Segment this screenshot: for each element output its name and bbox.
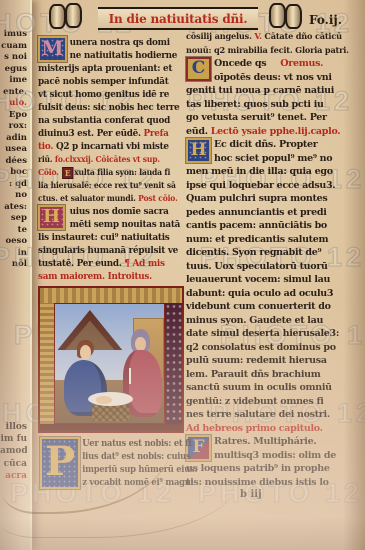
feast-title: In die natiuitatis dñi. (109, 12, 248, 26)
text-line: tuus. Uox speculatorū tuorū (186, 260, 362, 274)
joseph-figure (123, 329, 162, 417)
scroll-roll-icon (49, 4, 66, 29)
body-text: oeso (5, 236, 27, 246)
body-text: pulū suum: redemit hierusa (186, 355, 327, 366)
body-text: dicentis. Syon regnabit de⁹ (186, 247, 321, 258)
body-text: dabunt: quia oculo ad oculu3 (186, 288, 333, 299)
rubric-text: sam maiorem. Introitus. (38, 271, 152, 282)
text-line: gentiū: z videbunt omnes fi (186, 395, 362, 409)
body-text: z vocabit nomē ei⁹ magni (82, 477, 193, 488)
body-text: lia hierusalē: ecce rex tu⁹ venit sā (38, 180, 176, 190)
text-line: unera nostra qs domi (38, 36, 174, 49)
text-line: ates: (0, 202, 27, 214)
text-line: pacē nobis semper infundāt (38, 75, 174, 88)
body-text: riū. (38, 154, 55, 164)
text-line: ente. (0, 87, 27, 99)
text-line: Quam pulchri supra montes (186, 192, 362, 206)
manger (92, 404, 129, 421)
body-text: cuam (1, 41, 27, 51)
body-text: rox: (9, 121, 27, 131)
text-line: tas liberet: quos sub pcti iu (186, 98, 362, 112)
body-text: multisq3 modis: olim de (214, 450, 336, 461)
body-text: : qd (9, 179, 27, 189)
body-text: adin (6, 133, 27, 143)
text-line: hoc sciet popul⁹ me⁹ no (186, 152, 362, 166)
body-text: cōsilij angelus. (186, 31, 254, 41)
text-line: cūca (0, 458, 27, 470)
text-line: oeso (0, 236, 27, 248)
miniature-frame-top (40, 288, 182, 303)
body-text: vt sicut homo genitus idē re (38, 89, 169, 100)
banner-scroll-end-left (47, 3, 99, 30)
body-text: Ec dicit dñs. Propter (214, 139, 317, 150)
body-text: mēti semp nouitas natā (70, 219, 180, 230)
text-line: cantis pacem: annūciātis bo (186, 219, 362, 233)
text-line: s noi (0, 52, 27, 64)
body-text: ipse qui loquebar ecce adsu3. (186, 180, 335, 191)
text-line: imperiū sup hūmerū eius: (40, 463, 181, 476)
text-line: rox: (0, 121, 27, 133)
body-text: boc (10, 167, 27, 177)
text-line: dées (0, 156, 27, 168)
text-line: minus syon. Gaudete et lau (186, 314, 362, 328)
header-banner: In die natiuitatis dñi. (98, 7, 258, 30)
text-line: sam maiorem. Introitus. (38, 270, 174, 283)
body-text: te (18, 225, 27, 235)
text-line: diuinu3 est. Per eūdē. Prefa (38, 127, 174, 140)
body-text: q2 consolatus est dominus po (186, 342, 336, 353)
text-line: Ad hebreos primo capitulo. (186, 422, 362, 436)
miniature-scene (54, 303, 165, 424)
text-line: z vocabit nomē ei⁹ magni (40, 476, 181, 489)
text-line: misterijs apta proueniant: et (38, 62, 174, 75)
body-text: Ratres. Multiphárie. (214, 436, 316, 447)
body-text: imperiū sup hūmerū eius: (82, 464, 197, 475)
body-text: nōl (12, 259, 27, 269)
folio-number: Fo.ij. (309, 13, 342, 27)
text-line: leuauerunt vocem: simul lau (186, 273, 362, 287)
rubric-text: Cōio. (38, 167, 61, 177)
rubric-text: ulo. (9, 98, 27, 108)
body-text: xulta filia syon: lauda fi (74, 167, 170, 177)
text-line: oīpotēs deus: vt nos vni (186, 71, 362, 85)
rubric-text: Prefa (144, 128, 169, 139)
text-line: mēti semp nouitas natā (38, 218, 174, 231)
text-line: men meū in die illa: quia ego (186, 165, 362, 179)
text-line: vt sicut homo genitus idē re (38, 88, 174, 101)
text-line: Oncede qsOremus. (186, 57, 362, 71)
body-text: uius nos domīe sacra (70, 206, 169, 217)
rubric-text: acra (5, 471, 27, 481)
body-text: s noi (4, 52, 27, 62)
text-line: sanctū suum in oculis omniū (186, 381, 362, 395)
text-line: go vetusta seruit⁹ tenet. Per (186, 111, 362, 125)
body-text: tustatē. Per eund. (38, 258, 124, 269)
body-text: ente. (3, 87, 27, 97)
body-text: no (15, 190, 27, 200)
body-text: tis: nouissime diebus istis lo (186, 477, 329, 488)
text-line: Ec dicit dñs. Propter (186, 138, 362, 152)
body-text: in (18, 248, 27, 258)
body-text: us loquens patrib⁹ in prophe (186, 463, 330, 474)
body-text: ime (9, 75, 27, 85)
body-text: nouū: q2 mirabilia fecit. Gloria patri. (186, 45, 349, 55)
text-line: in (0, 248, 27, 260)
text-line: riū. fo.clxxxij. Cōicātes vt sup. (38, 153, 174, 166)
miniature-frame-right (165, 303, 182, 424)
text-line: lius dat⁹ est nobis: cuius (40, 450, 181, 463)
text-line: cuam (0, 41, 27, 53)
text-column-right: cōsilij angelus. V. Cātate dño cāticūnou… (186, 30, 362, 489)
text-line: usea (0, 144, 27, 156)
body-text: lem. Parauit dñs brachium (186, 369, 321, 380)
text-line: tio. Q2 p incarnati vbi miste (38, 140, 174, 153)
manuscript-photo: imuscuams noiegusimeente.ulo.Eporox:adin… (0, 0, 365, 550)
nativity-miniature (38, 286, 184, 433)
rubric-text: Ad hebreos primo capitulo. (186, 423, 323, 434)
text-line: ne natiuitatis hodierne (38, 49, 174, 62)
candle-icon (129, 368, 131, 384)
text-line: cōsilij angelus. V. Cātate dño cāticū (186, 30, 362, 44)
text-line: lem. Parauit dñs brachium (186, 368, 362, 382)
body-text: tas liberet: quos sub pcti iu (186, 99, 324, 110)
body-text: dées (5, 156, 27, 166)
rubric-text: tio. (38, 141, 56, 152)
body-text: sanctū suum in oculis omniū (186, 382, 332, 393)
body-text: ates: (4, 202, 27, 212)
body-text: Oncede qs (214, 58, 266, 69)
text-line: ulo. (0, 98, 27, 110)
body-text: ne natiuitatis hodierne (70, 50, 178, 61)
body-text: fulsit deus: sic nobis hec terre (38, 102, 180, 113)
small-initial-e: E (62, 167, 73, 179)
rubric-text: fo.clxxxij. Cōicātes vt sup. (55, 154, 160, 164)
body-text: im fu (1, 434, 28, 444)
text-line: nes terre salutare dei nostri. (186, 408, 362, 422)
body-text: eūd. (186, 126, 211, 137)
body-text: amod (0, 446, 27, 456)
body-text: na substantia conferat quod (38, 115, 170, 126)
body-text: Quam pulchri supra montes (186, 193, 327, 204)
rubric-text: Oremus. (280, 58, 323, 69)
text-line: adin (0, 133, 27, 145)
text-line: pulū suum: redemit hierusa (186, 354, 362, 368)
text-line: sep (0, 213, 27, 225)
mary-face (80, 345, 91, 360)
rubric-text: Lectō ysaie pphe.lij.caplo. (211, 126, 341, 137)
quire-signature: b iij (240, 489, 262, 500)
text-line: Ratres. Multiphárie. (186, 435, 362, 449)
text-line: date simul deserta hierusale3: (186, 327, 362, 341)
text-line: Uer natus est nobis: et fi (40, 437, 181, 450)
body-text: num: et predicantis salutem (186, 234, 328, 245)
body-text: diuinu3 est. Per eūdē. (38, 128, 144, 139)
body-text: unera nostra qs domi (70, 37, 170, 48)
scroll-roll-icon (285, 4, 302, 29)
text-line: boc (0, 167, 27, 179)
text-line: fulsit deus: sic nobis hec terre (38, 101, 174, 114)
scroll-roll-icon (269, 3, 286, 28)
text-line: im fu (0, 433, 27, 445)
text-line: ctus. et saluator mundi. Post cōio. (38, 192, 174, 205)
text-line: multisq3 modis: olim de (186, 449, 362, 463)
body-text: Epo (9, 110, 27, 120)
body-text: lis instauret: cui⁹ natiuitatis (38, 232, 169, 243)
joseph-face (135, 337, 146, 351)
body-text: geniti tui noua p carnē natiui (186, 85, 334, 96)
text-line: geniti tui noua p carnē natiui (186, 84, 362, 98)
miniature-frame-left (40, 303, 54, 424)
body-text: misterijs apta proueniant: et (38, 63, 172, 74)
body-text: illos (6, 422, 27, 432)
scroll-roll-icon (65, 3, 82, 28)
body-text: minus syon. Gaudete et lau (186, 315, 323, 326)
body-text: gentiū: z videbunt omnes fi (186, 396, 324, 407)
body-text: pacē nobis semper infundāt (38, 76, 169, 87)
text-line: amod (0, 445, 27, 457)
body-text: oīpotēs deus: vt nos vni (214, 72, 332, 83)
body-text: cantis pacem: annūciātis bo (186, 220, 327, 231)
text-line: dicentis. Syon regnabit de⁹ (186, 246, 362, 260)
prev-page-text-fragments-bottom: illosim fuamodcūcaacra (0, 421, 27, 482)
text-column-left-bottom: Uer natus est nobis: et filius dat⁹ est … (40, 437, 181, 489)
text-line: te (0, 225, 27, 237)
text-line: q2 consolatus est dominus po (186, 341, 362, 355)
text-line: lia hierusalē: ecce rex tu⁹ venit sā (38, 179, 174, 192)
body-text: cūca (4, 459, 27, 469)
body-text: Uer natus est nobis: et fi (82, 438, 191, 449)
prev-page-text-fragments-top: imuscuams noiegusimeente.ulo.Eporox:adin… (0, 29, 27, 271)
text-line: na substantia conferat quod (38, 114, 174, 127)
body-text: nes terre salutare dei nostri. (186, 409, 330, 420)
text-line: singularis humanā répulsit ve (38, 244, 174, 257)
body-text: usea (5, 144, 27, 154)
text-line: videbunt cum conuerterit do (186, 300, 362, 314)
text-line: lis instauret: cui⁹ natiuitatis (38, 231, 174, 244)
rubric-text: ¶ Ad mis (124, 258, 164, 269)
text-column-left: unera nostra qs domine natiuitatis hodie… (38, 36, 174, 283)
body-text: Cātate dño cāticū (264, 31, 341, 41)
body-text: lius dat⁹ est nobis: cuius (82, 451, 190, 462)
text-line: nouū: q2 mirabilia fecit. Gloria patri. (186, 44, 362, 58)
text-line: ime (0, 75, 27, 87)
text-line: imus (0, 29, 27, 41)
text-line: tustatē. Per eund. ¶ Ad mis (38, 257, 174, 270)
text-line: num: et predicantis salutem (186, 233, 362, 247)
body-text: men meū in die illa: quia ego (186, 166, 333, 177)
body-text: date simul deserta hierusale3: (186, 328, 339, 339)
text-line: : qd (0, 179, 27, 191)
body-text: videbunt cum conuerterit do (186, 301, 331, 312)
christ-child (96, 396, 111, 404)
text-line: eūd. Lectō ysaie pphe.lij.caplo. (186, 125, 362, 139)
text-line: acra (0, 470, 27, 482)
body-text: hoc sciet popul⁹ me⁹ no (214, 153, 332, 164)
body-text: singularis humanā répulsit ve (38, 245, 178, 256)
body-text: pedes annunciantis et predi (186, 207, 327, 218)
text-line: nōl (0, 259, 27, 271)
body-text: sep (11, 213, 27, 223)
rubric-text: V. (254, 31, 264, 41)
miniature-frame-bottom (40, 424, 182, 431)
text-line: uius nos domīe sacra (38, 205, 174, 218)
text-line: egus (0, 64, 27, 76)
text-line: illos (0, 421, 27, 433)
body-text: ctus. et saluator mundi. (38, 193, 138, 203)
banner-scroll-end-right (255, 3, 307, 30)
text-line: pedes annunciantis et predi (186, 206, 362, 220)
text-line: us loquens patrib⁹ in prophe (186, 462, 362, 476)
text-line: Epo (0, 110, 27, 122)
prev-page-edge: imuscuams noiegusimeente.ulo.Eporox:adin… (0, 0, 32, 550)
rubric-text: Post cōio. (138, 193, 177, 203)
body-text: leuauerunt vocem: simul lau (186, 274, 330, 285)
text-line: no (0, 190, 27, 202)
body-text: egus (5, 64, 27, 74)
body-text: Q2 p incarnati vbi miste (56, 141, 169, 152)
text-line: tis: nouissime diebus istis lo (186, 476, 362, 490)
text-line: ipse qui loquebar ecce adsu3. (186, 179, 362, 193)
text-line: Cōio. Exulta filia syon: lauda fi (38, 166, 174, 179)
text-line: dabunt: quia oculo ad oculu3 (186, 287, 362, 301)
body-text: tuus. Uox speculatorū tuorū (186, 261, 328, 272)
body-text: imus (4, 29, 27, 39)
body-text: go vetusta seruit⁹ tenet. Per (186, 112, 327, 123)
